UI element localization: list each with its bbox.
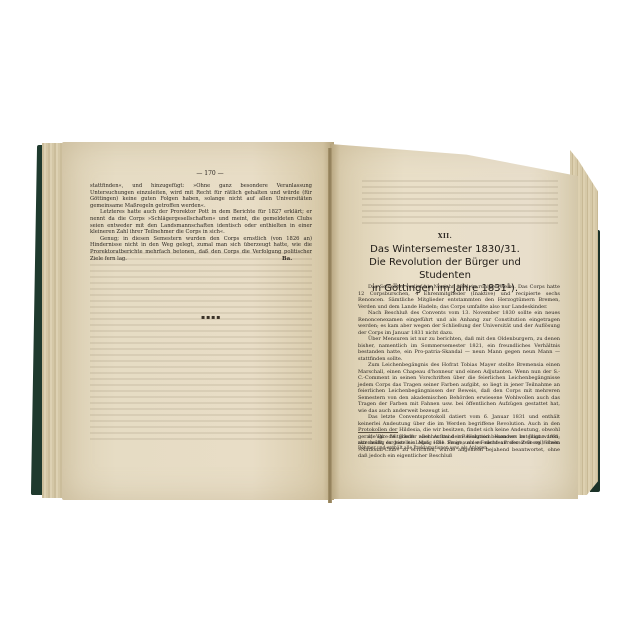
right-paragraph: Über Mensuren ist nur zu berichten, daß … (358, 336, 560, 362)
chapter-number: XII. (420, 233, 470, 240)
left-paragraph: Letzteres hatte auch der Prorektor Pott … (90, 209, 312, 235)
left-paragraph: stattfinden«, und hinzugefügt: »Ohne gan… (90, 183, 312, 209)
chapter-title-line: Die Revolution der Bürger und Studenten (345, 256, 545, 282)
footnote: 1) Vgl. die Schrift: »Der Aufstand im Kö… (358, 435, 560, 452)
left-page-signature: Ba. (282, 256, 292, 262)
right-paragraph: Das Semester verlief bis Neujahr 1831 in… (358, 284, 560, 310)
right-paragraph: Nach Beschluß des Convents vom 13. Novem… (358, 310, 560, 336)
right-page-body: Das Semester verlief bis Neujahr 1831 in… (358, 284, 560, 460)
chapter-title-line: Das Wintersemester 1830/31. (345, 243, 545, 256)
left-page-number: — 170 — (180, 170, 240, 177)
right-paragraph: Zum Leichenbegängnis des Hofrat Tobias M… (358, 362, 560, 414)
book-gutter (328, 148, 332, 503)
right-page-bleedthrough (362, 180, 558, 228)
open-book-photo: — 170 — stattfinden«, und hinzugefügt: »… (0, 0, 640, 640)
left-paragraph: Genug; in diesen Semestern wurden den Co… (90, 236, 312, 262)
left-page-body: stattfinden«, und hinzugefügt: »Ohne gan… (90, 183, 312, 262)
footnote-rule (358, 432, 398, 433)
left-page-bleedthrough (90, 252, 312, 442)
section-ornament: ▪▪▪▪ (201, 314, 221, 321)
